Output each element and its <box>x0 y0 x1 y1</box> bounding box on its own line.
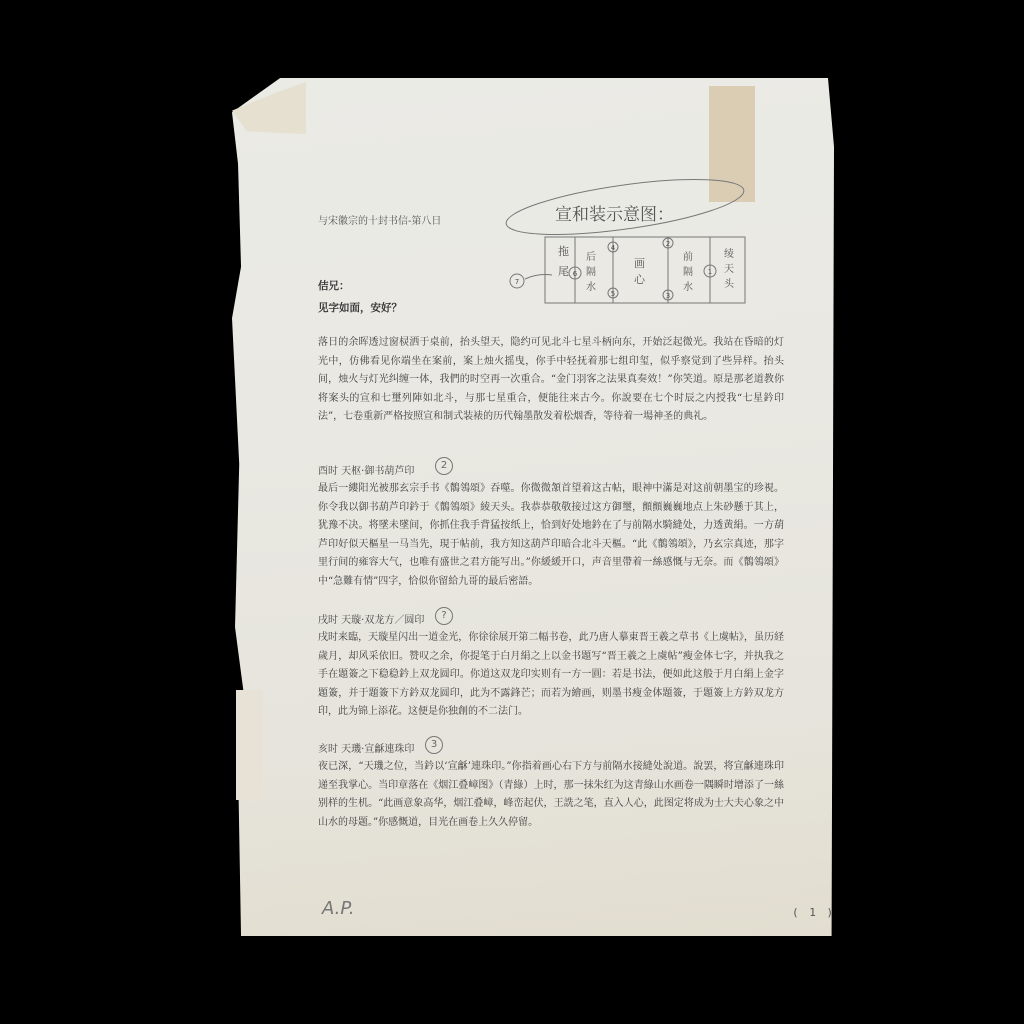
svg-text:6: 6 <box>573 270 578 278</box>
section-body-1: 最后一縷阳光被那玄宗手书《鶺鴒頌》吞噬。你微微頷首望着这古帖，眼神中滿是对这前朝… <box>318 480 784 591</box>
section-body-3: 夜已深，“天璣之位，当鈐以‘宣龢’連珠印。”你指着画心右下方与前隔水接縫处說道。… <box>318 758 784 832</box>
svg-text:头: 头 <box>724 277 735 290</box>
handwritten-mark-2: ? <box>435 607 453 625</box>
section-title-3: 亥时 天璣·宣龢連珠印 <box>318 740 414 755</box>
mounting-diagram-sketch: 宣和装示意图： 拖尾 拖 尾 后 隔 水 画 心 前 隔 水 绫 天 头 645… <box>500 175 800 315</box>
svg-text:7: 7 <box>515 278 519 286</box>
svg-text:5: 5 <box>611 290 615 298</box>
svg-text:天: 天 <box>724 263 734 275</box>
section-body-2: 戌时来臨，天璇星闪出一道金光，你徐徐展开第二幅书卷，此乃唐人摹東晋王羲之草书《上… <box>318 629 784 722</box>
svg-text:隔: 隔 <box>683 266 693 278</box>
svg-text:后: 后 <box>586 250 596 263</box>
section-title-2: 戌时 天璇·双龙方／圆印 <box>318 611 424 626</box>
svg-text:水: 水 <box>683 280 693 293</box>
svg-text:前: 前 <box>683 250 693 263</box>
svg-text:画: 画 <box>634 257 645 270</box>
handwritten-mark-1: 2 <box>435 457 453 475</box>
greeting: 佶兄： <box>318 278 350 293</box>
svg-text:1: 1 <box>708 268 712 276</box>
svg-text:心: 心 <box>634 273 646 286</box>
sketch-title: 宣和装示意图： <box>555 205 674 225</box>
handwritten-signature: A.P. <box>322 898 354 919</box>
svg-text:2: 2 <box>666 240 670 248</box>
svg-text:4: 4 <box>611 244 616 252</box>
document-header: 与宋徽宗的十封书信-第八日 <box>318 212 441 227</box>
svg-text:3: 3 <box>666 292 670 300</box>
svg-text:拖: 拖 <box>558 244 569 258</box>
page-number: ( 1 ) <box>792 906 835 919</box>
handwritten-mark-3: 3 <box>425 736 443 754</box>
greeting-line2: 见字如面，安好？ <box>318 300 402 315</box>
adhesive-tape-left <box>236 690 262 800</box>
svg-text:水: 水 <box>586 280 596 293</box>
intro-paragraph: 落日的余晖透过窗棂洒于桌前，抬头望天，隐约可见北斗七星斗柄向东，开始泛起微光。我… <box>318 334 784 427</box>
section-title-1: 酉时 天枢·御书葫芦印 <box>318 462 414 477</box>
svg-text:绫: 绫 <box>724 247 734 260</box>
svg-text:尾: 尾 <box>558 265 569 278</box>
svg-text:隔: 隔 <box>586 266 596 278</box>
